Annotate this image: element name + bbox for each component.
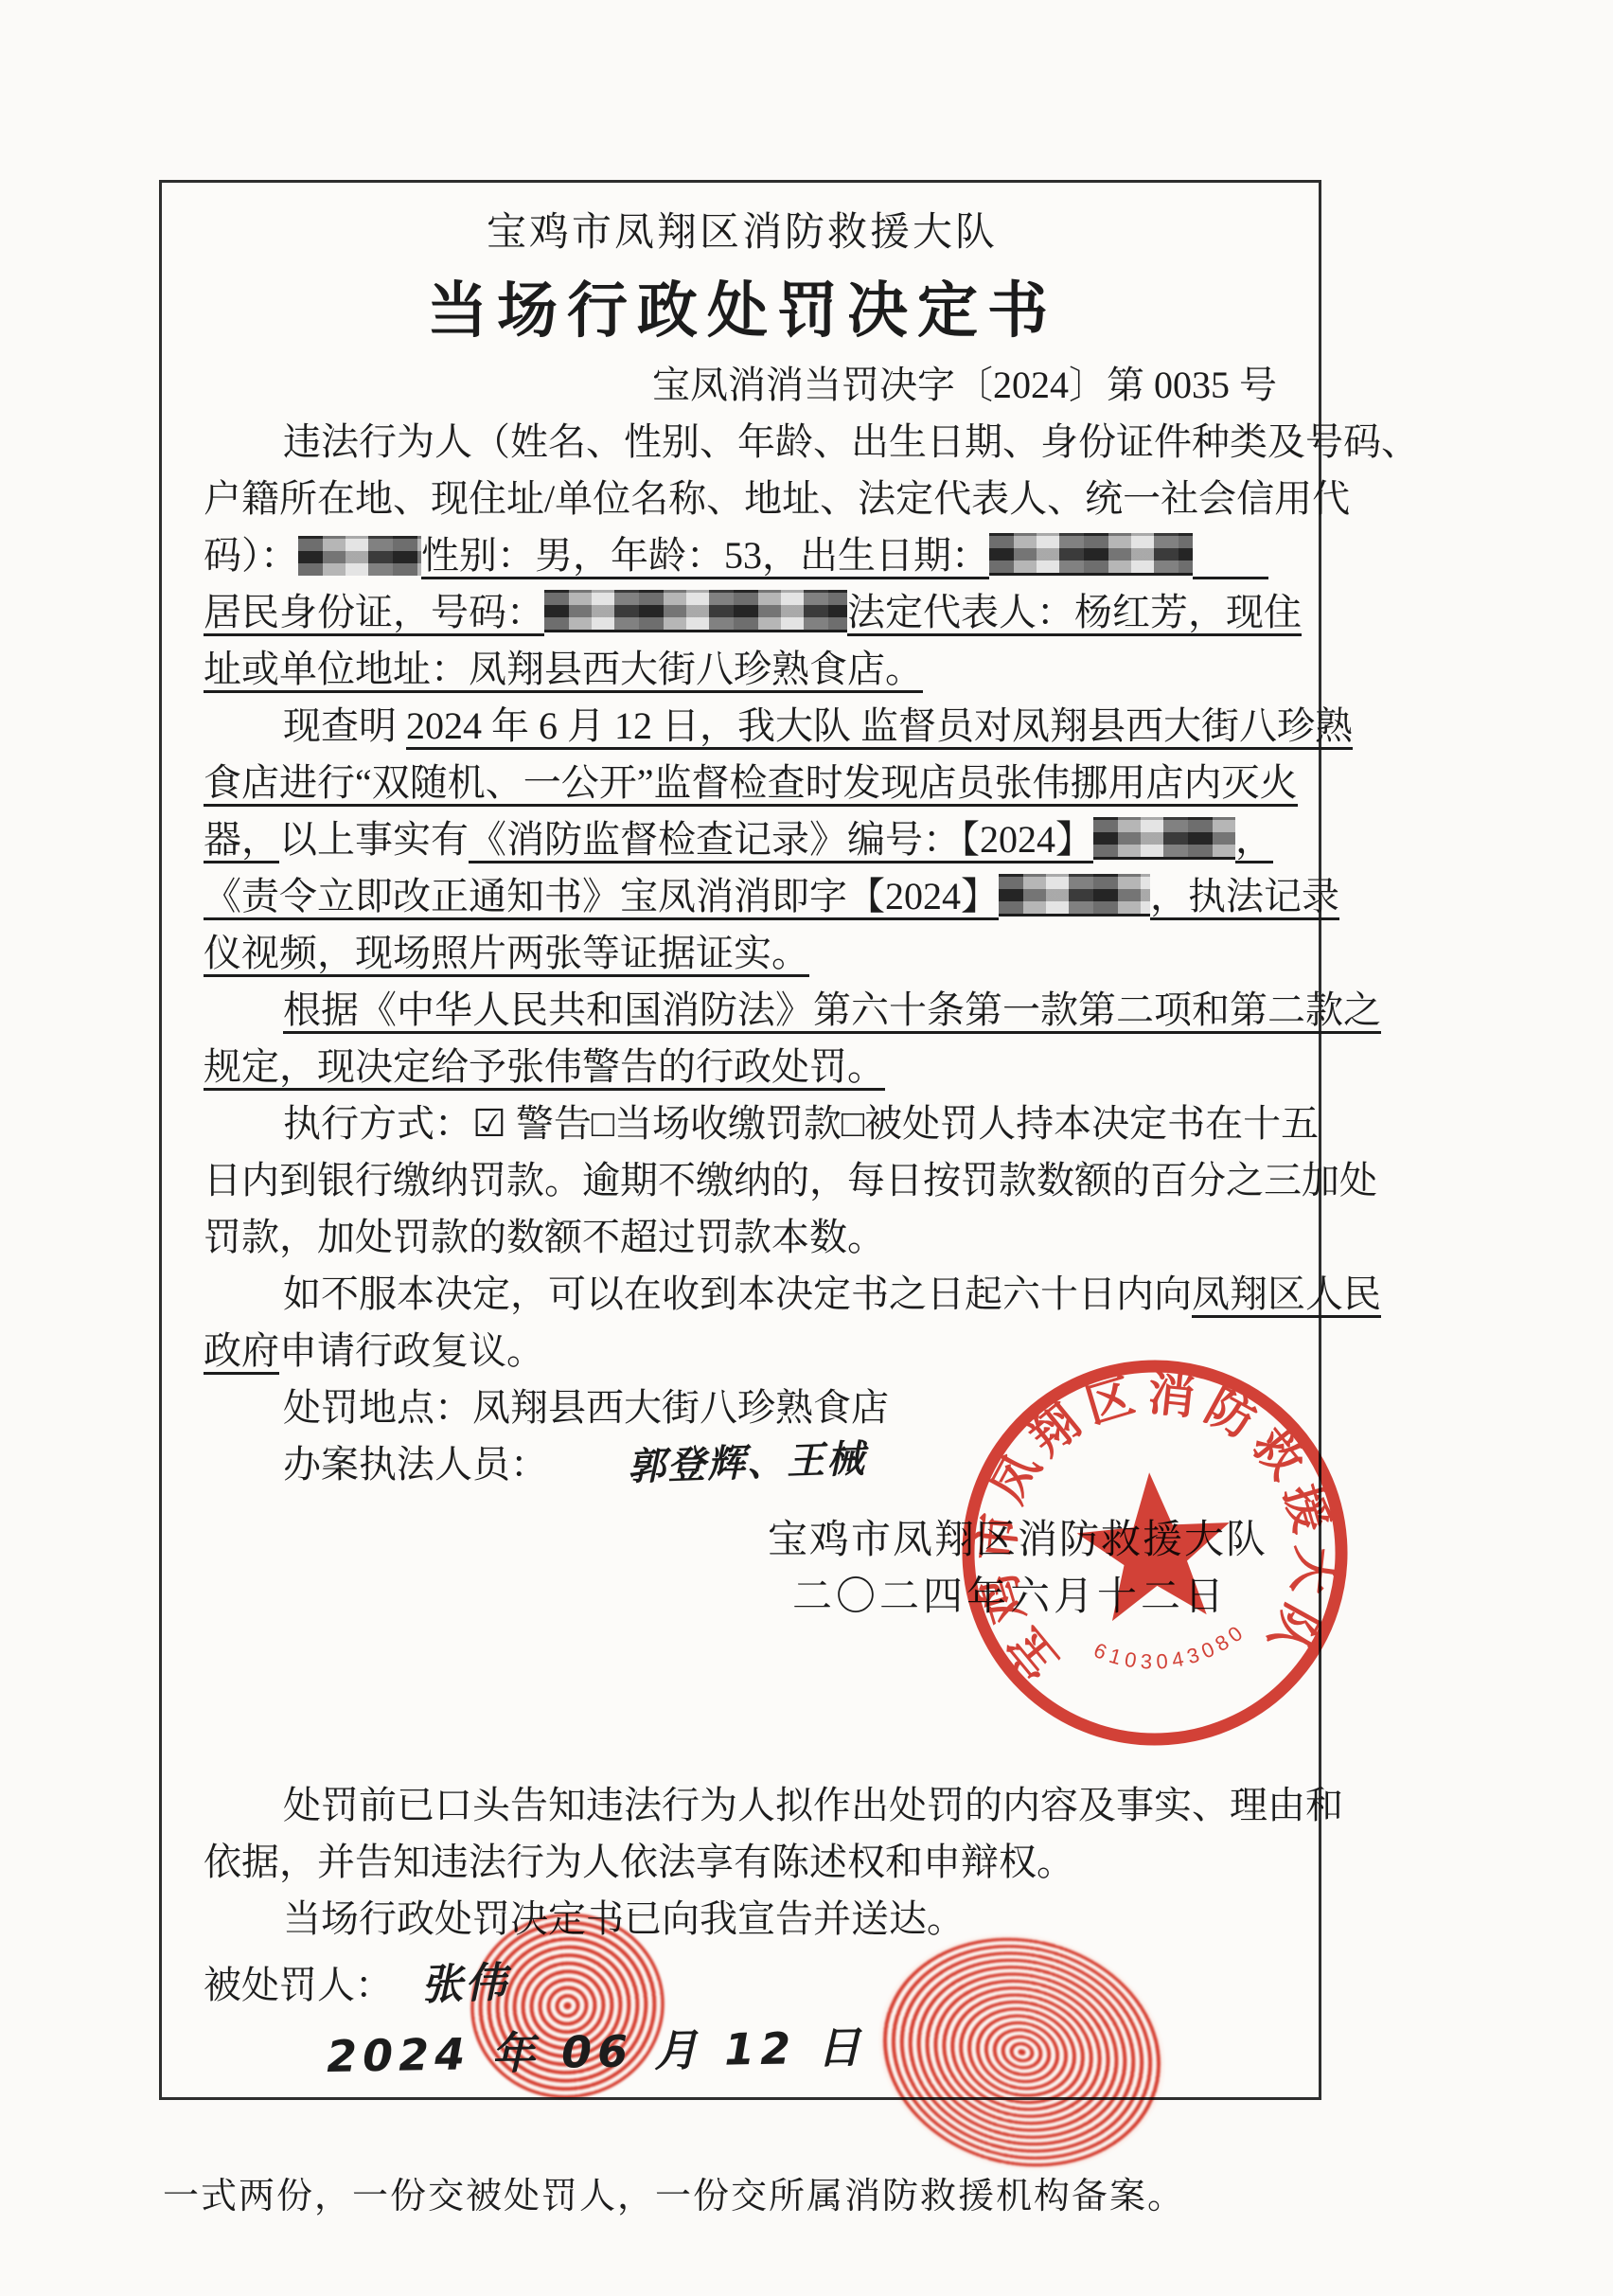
text-segment: 现查明 [283,704,406,747]
copies-note: 一式两份，一份交被处罚人，一份交所属消防救援机构备案。 [163,2166,1185,2218]
text-line: 违法行为人（姓名、性别、年龄、出生日期、身份证件种类及号码、 [204,414,1281,471]
text-segment: 以上事实有 [279,818,469,861]
document-frame: 宝鸡市凤翔区消防救援大队 当场行政处罚决定书 宝凤消消当罚决字〔2024〕第 0… [159,180,1321,2100]
scanned-document-page: 宝鸡市凤翔区消防救援大队 当场行政处罚决定书 宝凤消消当罚决字〔2024〕第 0… [0,0,1613,2296]
text-line: 如不服本决定，可以在收到本决定书之日起六十日内向凤翔区人民 [204,1266,1281,1323]
text-segment: 址或单位地址：凤翔县西大街八珍熟食店。 [204,648,923,693]
handwritten-text: 郭登辉、王械 [547,1431,867,1499]
text-segment: 执行方式：☑ 警告□当场收缴罚款□被处罚人持本决定书在十五 [283,1102,1319,1145]
text-segment: 如不服本决定，可以在收到本决定书之日起六十日内向 [283,1273,1192,1315]
text-segment: 器， [204,818,279,863]
handwritten-date: 2024 年 06 月 12 日 [326,2014,866,2090]
text-segment: 办案执法人员： [283,1443,548,1486]
text-segment: 居民身份证，号码： [204,591,544,636]
document-title: 当场行政处罚决定书 [204,270,1281,353]
text-segment: 政府 [204,1329,279,1375]
text-line: 居民身份证，号码：法定代表人：杨红芳，现住 [204,584,1281,641]
text-segment: 户籍所在地、现住址/单位名称、地址、法定代表人、统一社会信用代 [204,477,1350,520]
text-segment: 违法行为人（姓名、性别、年龄、出生日期、身份证件种类及号码、 [283,420,1419,463]
seal-code: 6103043080 [1089,1620,1249,1678]
text-segment: 食店进行“双随机、一公开”监督检查时发现店员张伟挪用店内灭火 [204,761,1298,807]
text-line: 罚款，加处罚款的数额不超过罚款本数。 [204,1209,1281,1266]
agency-header: 宝鸡市凤翔区消防救援大队 [204,205,1281,260]
text-line: 户籍所在地、现住址/单位名称、地址、法定代表人、统一社会信用代 [204,471,1281,527]
text-segment: 处罚前已口头告知违法行为人拟作出处罚的内容及事实、理由和 [283,1784,1343,1826]
redaction-block [1093,817,1235,860]
text-segment: 罚款，加处罚款的数额不超过罚款本数。 [204,1216,885,1258]
text-segment: 处罚地点：凤翔县西大街八珍熟食店 [283,1386,889,1429]
text-line: 器，以上事实有《消防监督检查记录》编号：【2024】， [204,811,1281,868]
text-line: 食店进行“双随机、一公开”监督检查时发现店员张伟挪用店内灭火 [204,755,1281,811]
redaction-block [999,874,1150,917]
penalized-person-label: 被处罚人： [204,1964,393,2006]
text-segment: 《责令立即改正通知书》宝凤消消即字【2024】 [204,875,999,920]
redaction-block [989,533,1193,576]
text-line: 执行方式：☑ 警告□当场收缴罚款□被处罚人持本决定书在十五 [204,1095,1281,1152]
text-line: 仪视频，现场照片两张等证据证实。 [204,925,1281,982]
signed-date-line: 2024 年 06 月 12 日 [327,2019,1281,2087]
text-line: 根据《中华人民共和国消防法》第六十条第一款第二项和第二款之 [204,982,1281,1039]
text-line: 址或单位地址：凤翔县西大街八珍熟食店。 [204,641,1281,698]
text-segment: ，执法记录 [1150,875,1339,920]
text-segment: 《消防监督检查记录》编号：【2024】 [469,818,1093,863]
text-segment: 2024 年 6 月 12 日，我大队 监督员对凤翔县西大街八珍熟 [406,704,1353,750]
text-line: 日内到银行缴纳罚款。逾期不缴纳的，每日按罚款数额的百分之三加处 [204,1152,1281,1209]
document-number: 宝凤消消当罚决字〔2024〕第 0035 号 [204,357,1281,414]
text-segment: 法定代表人：杨红芳，现住 [847,591,1302,636]
text-segment: 申请行政复议。 [279,1329,544,1372]
text-segment: ， [1235,818,1273,863]
text-line: 当场行政处罚决定书已向我宣告并送达。 [204,1891,1281,1948]
text-segment: 规定，现决定给予张伟警告的行政处罚。 [204,1045,885,1091]
text-segment: 日内到银行缴纳罚款。逾期不缴纳的，每日按罚款数额的百分之三加处 [204,1159,1377,1201]
text-line: 《责令立即改正通知书》宝凤消消即字【2024】，执法记录 [204,868,1281,925]
redaction-block [544,590,847,632]
text-segment: 码）： [204,534,298,577]
redaction-block [298,536,421,576]
text-segment: 根据《中华人民共和国消防法》第六十条第一款第二项和第二款之 [283,988,1381,1034]
body-paragraphs-acknowledgement: 处罚前已口头告知违法行为人拟作出处罚的内容及事实、理由和依据，并告知违法行为人依… [204,1777,1281,1948]
text-segment [1193,534,1268,579]
text-segment: 凤翔区人民 [1192,1273,1381,1318]
text-segment: 依据，并告知违法行为人依法享有陈述权和申辩权。 [204,1841,1074,1883]
official-seal: 宝鸡市凤翔区消防救援大队 6103043080 [938,1336,1373,1771]
text-line: 码）：性别：男，年龄：53，出生日期： [204,527,1281,584]
svg-text:6103043080: 6103043080 [1089,1620,1249,1678]
text-line: 处罚前已口头告知违法行为人拟作出处罚的内容及事实、理由和 [204,1777,1281,1834]
text-line: 依据，并告知违法行为人依法享有陈述权和申辩权。 [204,1834,1281,1891]
penalized-person-signature: 张伟 [420,1949,509,2019]
body-paragraphs-main: 违法行为人（姓名、性别、年龄、出生日期、身份证件种类及号码、户籍所在地、现住址/… [204,414,1281,1493]
penalized-person-line: 被处罚人：张伟 [204,1951,1281,2019]
text-line: 规定，现决定给予张伟警告的行政处罚。 [204,1039,1281,1095]
text-line: 现查明 2024 年 6 月 12 日，我大队 监督员对凤翔县西大街八珍熟 [204,698,1281,755]
text-segment: 性别：男，年龄：53，出生日期： [421,534,989,579]
text-segment: 仪视频，现场照片两张等证据证实。 [204,932,809,977]
seal-star-icon [1072,1468,1235,1624]
